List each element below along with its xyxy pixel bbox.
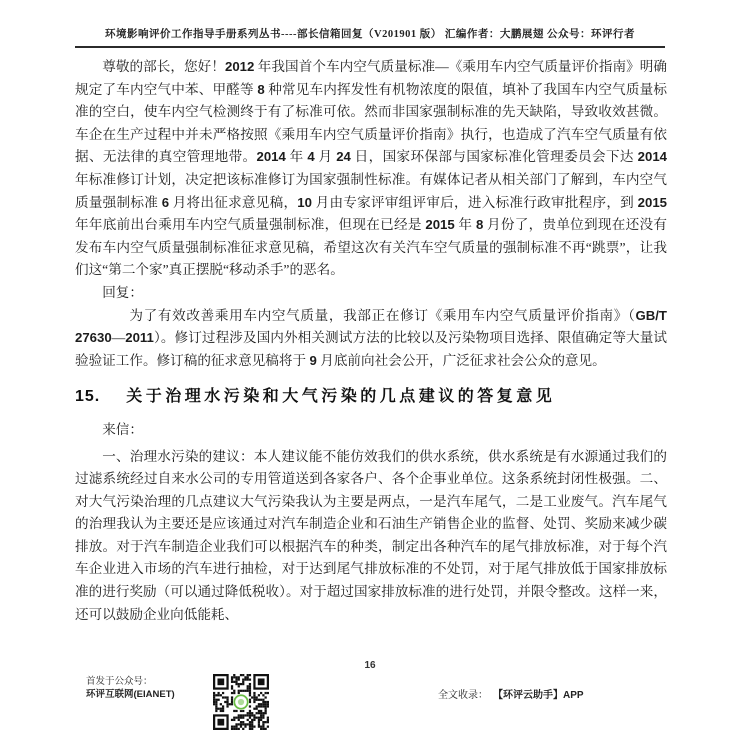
- page-number: 16: [0, 660, 740, 671]
- incoming-letter-paragraph: 一、治理水污染的建议：本人建议能不能仿效我们的供水系统，供水系统是有水源通过我们…: [75, 446, 667, 627]
- section-title: 关于治理水污染和大气污染的几点建议的答复意见: [126, 386, 555, 409]
- reply-paragraph: 为了有效改善乘用车内空气质量，我部正在修订《乘用车内空气质量评价指南》（GB/T…: [75, 305, 667, 373]
- footer-left-publisher: 首发于公众号： 环评互联网(EIANET): [86, 676, 175, 701]
- header-title: 环境影响评价工作指导手册系列丛书----部长信箱回复（V201901 版） 汇编…: [105, 29, 635, 40]
- incoming-letter-label: 来信：: [75, 419, 667, 442]
- footer-left-line1: 首发于公众号：: [86, 676, 175, 689]
- footer-right-app: 【环评云助手】APP: [498, 690, 584, 701]
- page-header: 环境影响评价工作指导手册系列丛书----部长信箱回复（V201901 版） 汇编…: [75, 26, 665, 48]
- reply-label: 回复：: [75, 282, 667, 305]
- section-number: 15.: [75, 386, 100, 409]
- section-heading: 15. 关于治理水污染和大气污染的几点建议的答复意见: [75, 386, 667, 409]
- letter-paragraph: 尊敬的部长，您好！2012 年我国首个车内空气质量标准—《乘用车内空气质量评价指…: [75, 56, 667, 282]
- footer-left-line2: 环评互联网(EIANET): [86, 689, 175, 702]
- footer-right-collection: 全文收录：【环评云助手】APP: [438, 686, 584, 701]
- document-body: 尊敬的部长，您好！2012 年我国首个车内空气质量标准—《乘用车内空气质量评价指…: [75, 56, 667, 626]
- footer-right-prefix: 全文收录：: [438, 690, 488, 701]
- document-page: 环境影响评价工作指导手册系列丛书----部长信箱回复（V201901 版） 汇编…: [0, 0, 740, 740]
- qr-code-image: [213, 672, 269, 732]
